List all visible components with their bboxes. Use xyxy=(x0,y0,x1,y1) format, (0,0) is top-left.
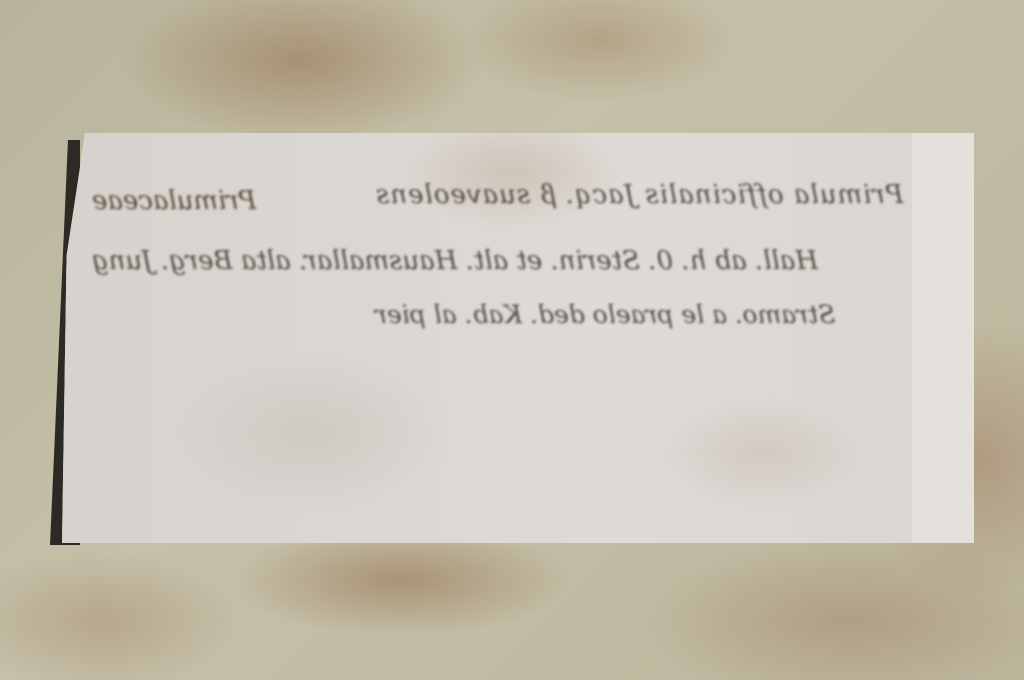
label-locality-line: Hall. ab h. 0. Sterin. et alt. Hausmalla… xyxy=(92,246,818,276)
label-species-name: Primula officinalis Jacq. β suaveolens xyxy=(375,180,903,210)
label-collector-line: Stramo. a le praelo ded. Kab. al pier xyxy=(375,300,835,329)
label-family-name: Primulaceae xyxy=(92,186,256,216)
label-folded-edge xyxy=(912,133,974,543)
